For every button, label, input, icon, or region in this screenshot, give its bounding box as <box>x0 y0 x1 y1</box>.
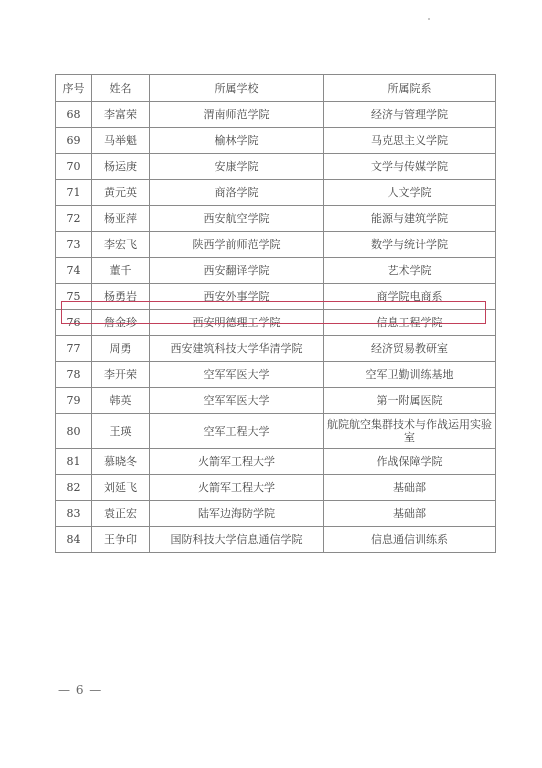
cell-no: 84 <box>56 527 92 553</box>
cell-no: 81 <box>56 449 92 475</box>
header-name: 姓名 <box>92 75 150 102</box>
cell-no: 82 <box>56 475 92 501</box>
cell-name: 李宏飞 <box>92 232 150 258</box>
table-row: 76詹金珍西安明德理工学院信息工程学院 <box>56 310 496 336</box>
cell-no: 76 <box>56 310 92 336</box>
cell-school: 西安建筑科技大学华清学院 <box>150 336 324 362</box>
cell-dept: 艺术学院 <box>324 258 496 284</box>
cell-no: 79 <box>56 388 92 414</box>
cell-dept: 作战保障学院 <box>324 449 496 475</box>
table-row: 71黄元英商洛学院人文学院 <box>56 180 496 206</box>
cell-school: 商洛学院 <box>150 180 324 206</box>
cell-name: 黄元英 <box>92 180 150 206</box>
table-row: 83袁正宏陆军边海防学院基础部 <box>56 501 496 527</box>
cell-dept: 信息通信训练系 <box>324 527 496 553</box>
cell-dept: 马克思主义学院 <box>324 128 496 154</box>
cell-no: 71 <box>56 180 92 206</box>
cell-dept: 能源与建筑学院 <box>324 206 496 232</box>
table-row: 74董千西安翻译学院艺术学院 <box>56 258 496 284</box>
table-row: 82刘延飞火箭军工程大学基础部 <box>56 475 496 501</box>
cell-name: 杨亚萍 <box>92 206 150 232</box>
cell-name: 王争印 <box>92 527 150 553</box>
cell-dept: 经济贸易教研室 <box>324 336 496 362</box>
cell-name: 袁正宏 <box>92 501 150 527</box>
scan-speck <box>428 18 430 20</box>
table-row: 68李富荣渭南师范学院经济与管理学院 <box>56 102 496 128</box>
cell-no: 77 <box>56 336 92 362</box>
cell-no: 69 <box>56 128 92 154</box>
cell-name: 李富荣 <box>92 102 150 128</box>
cell-no: 70 <box>56 154 92 180</box>
cell-name: 李开荣 <box>92 362 150 388</box>
cell-dept: 航院航空集群技术与作战运用实验室 <box>324 414 496 449</box>
table-row: 80王瑛空军工程大学航院航空集群技术与作战运用实验室 <box>56 414 496 449</box>
cell-name: 杨勇岩 <box>92 284 150 310</box>
cell-name: 詹金珍 <box>92 310 150 336</box>
page-number: — 6 — <box>58 683 102 697</box>
cell-no: 74 <box>56 258 92 284</box>
table-row: 81慕晓冬火箭军工程大学作战保障学院 <box>56 449 496 475</box>
cell-no: 78 <box>56 362 92 388</box>
cell-dept: 基础部 <box>324 501 496 527</box>
cell-school: 陕西学前师范学院 <box>150 232 324 258</box>
cell-no: 73 <box>56 232 92 258</box>
table-row: 72杨亚萍西安航空学院能源与建筑学院 <box>56 206 496 232</box>
cell-school: 西安航空学院 <box>150 206 324 232</box>
cell-school: 空军军医大学 <box>150 388 324 414</box>
table-row: 73李宏飞陕西学前师范学院数学与统计学院 <box>56 232 496 258</box>
cell-name: 杨运庚 <box>92 154 150 180</box>
cell-school: 空军工程大学 <box>150 414 324 449</box>
roster-table: 序号 姓名 所属学校 所属院系 68李富荣渭南师范学院经济与管理学院69马举魁榆… <box>55 74 496 553</box>
table-row: 75杨勇岩西安外事学院商学院电商系 <box>56 284 496 310</box>
cell-no: 75 <box>56 284 92 310</box>
cell-name: 王瑛 <box>92 414 150 449</box>
cell-name: 韩英 <box>92 388 150 414</box>
table-row: 77周勇西安建筑科技大学华清学院经济贸易教研室 <box>56 336 496 362</box>
table-row: 78李开荣空军军医大学空军卫勤训练基地 <box>56 362 496 388</box>
cell-school: 榆林学院 <box>150 128 324 154</box>
cell-school: 西安翻译学院 <box>150 258 324 284</box>
cell-dept: 商学院电商系 <box>324 284 496 310</box>
cell-school: 国防科技大学信息通信学院 <box>150 527 324 553</box>
cell-name: 周勇 <box>92 336 150 362</box>
header-dept: 所属院系 <box>324 75 496 102</box>
cell-dept: 经济与管理学院 <box>324 102 496 128</box>
cell-name: 马举魁 <box>92 128 150 154</box>
cell-no: 68 <box>56 102 92 128</box>
cell-school: 西安明德理工学院 <box>150 310 324 336</box>
cell-school: 陆军边海防学院 <box>150 501 324 527</box>
table-row: 69马举魁榆林学院马克思主义学院 <box>56 128 496 154</box>
cell-no: 83 <box>56 501 92 527</box>
header-school: 所属学校 <box>150 75 324 102</box>
cell-dept: 文学与传媒学院 <box>324 154 496 180</box>
cell-dept: 基础部 <box>324 475 496 501</box>
cell-school: 西安外事学院 <box>150 284 324 310</box>
cell-dept: 信息工程学院 <box>324 310 496 336</box>
cell-dept: 第一附属医院 <box>324 388 496 414</box>
table-row: 84王争印国防科技大学信息通信学院信息通信训练系 <box>56 527 496 553</box>
table-header-row: 序号 姓名 所属学校 所属院系 <box>56 75 496 102</box>
cell-school: 空军军医大学 <box>150 362 324 388</box>
table-row: 70杨运庚安康学院文学与传媒学院 <box>56 154 496 180</box>
cell-school: 火箭军工程大学 <box>150 449 324 475</box>
cell-school: 火箭军工程大学 <box>150 475 324 501</box>
cell-school: 渭南师范学院 <box>150 102 324 128</box>
cell-name: 董千 <box>92 258 150 284</box>
cell-no: 80 <box>56 414 92 449</box>
table-row: 79韩英空军军医大学第一附属医院 <box>56 388 496 414</box>
cell-name: 刘延飞 <box>92 475 150 501</box>
header-no: 序号 <box>56 75 92 102</box>
cell-dept: 空军卫勤训练基地 <box>324 362 496 388</box>
cell-dept: 数学与统计学院 <box>324 232 496 258</box>
cell-school: 安康学院 <box>150 154 324 180</box>
cell-dept: 人文学院 <box>324 180 496 206</box>
cell-name: 慕晓冬 <box>92 449 150 475</box>
cell-no: 72 <box>56 206 92 232</box>
